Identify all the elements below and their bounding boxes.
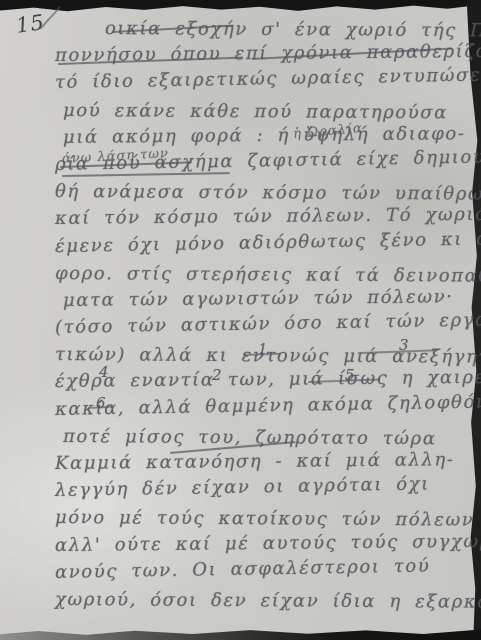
edit-number: 4 — [99, 363, 110, 381]
manuscript-line: χωριού, όσοι δεν είχαν ίδια η εξαρκα — [55, 586, 467, 616]
manuscript-line: λεγγύη δέν είχαν οι αγρόται όχι — [55, 470, 467, 504]
torn-edge-bottom — [0, 625, 481, 640]
edit-number: 2 — [212, 366, 223, 384]
manuscript-line: τό ίδιο εξαιρετικώς ωραίες εντυπώσεις — [55, 62, 467, 96]
edit-number: 1 — [258, 340, 269, 358]
manuscript-page: 15 οικία εξοχήν σ' ένα χωριό τής Πελο- π… — [0, 0, 481, 640]
handwritten-text-block: οικία εξοχήν σ' ένα χωριό τής Πελο- πονν… — [55, 15, 467, 613]
edit-number: 5 — [345, 366, 356, 384]
edit-number: 6 — [96, 394, 107, 412]
torn-edge-top — [0, 0, 481, 16]
